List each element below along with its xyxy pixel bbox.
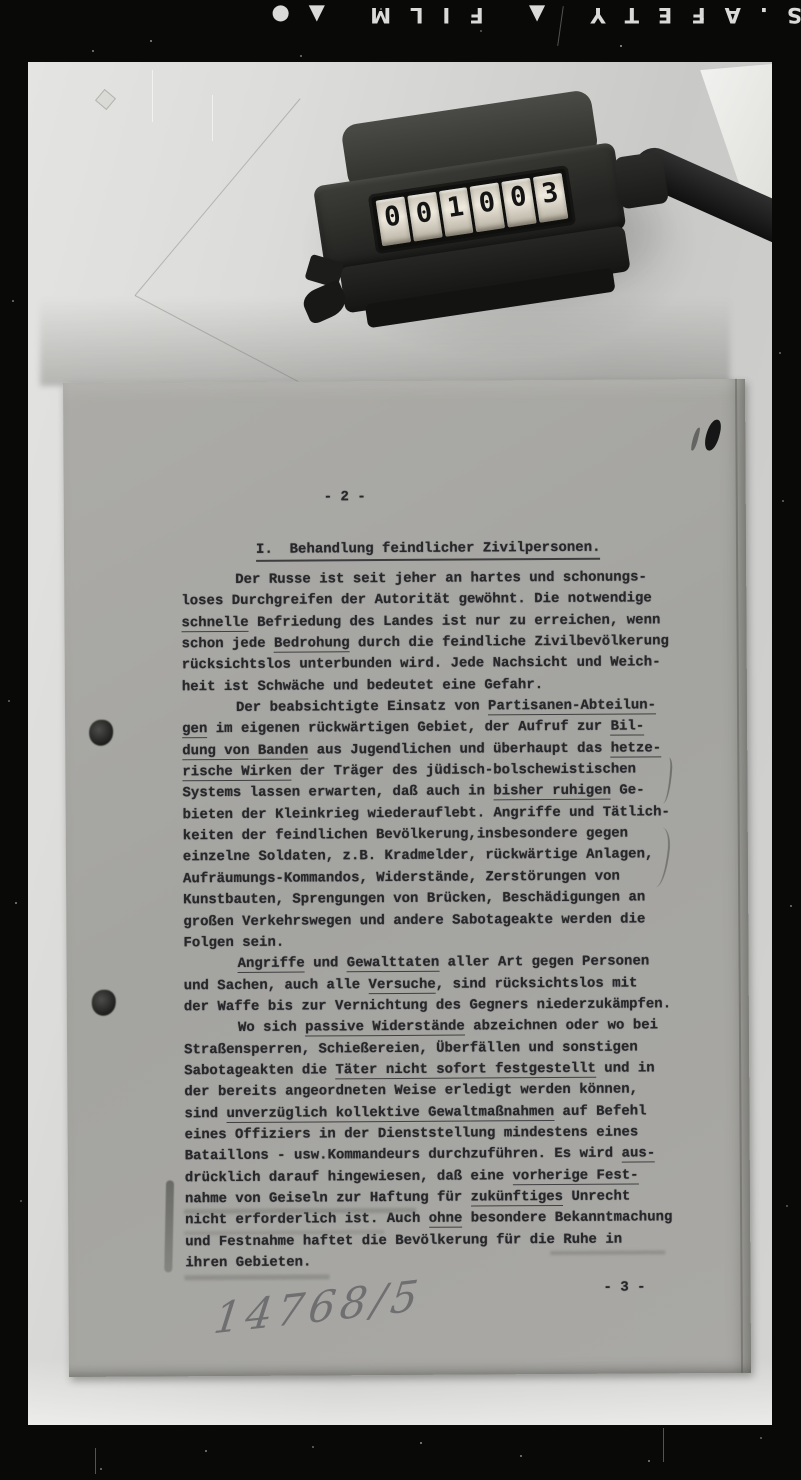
counter-digit: 0	[407, 192, 442, 242]
text-line: einzelne Soldaten, z.B. Kradmelder, rück…	[183, 844, 723, 869]
text-line: Sabotageakten die Täter nicht sofort fes…	[184, 1058, 724, 1083]
dust-specks	[0, 0, 2, 2]
text-line: Systems lassen erwarten, daß auch in bis…	[182, 780, 722, 805]
counter-digit: 1	[439, 187, 474, 237]
counter-digit: 3	[533, 173, 568, 223]
text-line: gen im eigenen rückwärtigen Gebiet, der …	[182, 716, 722, 741]
film-scratch	[152, 70, 153, 122]
film-border-left	[0, 0, 28, 1480]
microfilm-frame: 001003 - 2 - I. Behandlung feindlicher Z…	[0, 0, 801, 1480]
pencil-smudge	[184, 1274, 329, 1280]
counter-digit: 0	[376, 197, 411, 247]
text-line: Kunstbauten, Sprengungen von Brücken, Be…	[183, 887, 723, 912]
typewritten-text: Der Russe ist seit jeher an hartes und s…	[181, 567, 725, 1275]
page-number-top: - 2 -	[324, 489, 366, 505]
text-line: bieten der Kleinkrieg wiederauflebt. Ang…	[183, 802, 723, 827]
text-line: rücksichtslos unterbunden wird. Jede Nac…	[182, 652, 722, 677]
film-scratch	[663, 1428, 664, 1462]
film-border-bottom	[0, 1425, 801, 1480]
punch-hole-bottom	[92, 990, 116, 1016]
film-border-right	[772, 0, 801, 1480]
text-line: Angriffe und Gewalttaten aller Art gegen…	[183, 951, 723, 976]
tally-counter: 001003	[306, 95, 659, 324]
text-line: loses Durchgreifen der Autorität gewöhnt…	[181, 588, 721, 613]
section-heading: I. Behandlung feindlicher Zivilpersonen.	[256, 540, 601, 562]
text-line: Wo sich passive Widerstände abzeichnen o…	[184, 1015, 724, 1040]
document-page: - 2 - I. Behandlung feindlicher Zivilper…	[63, 379, 751, 1377]
ink-blot	[703, 418, 723, 452]
film-edge-label: S.AFETY ▲ FILM ▲●	[224, 0, 801, 31]
film-scratch	[95, 1448, 96, 1474]
page-number-bottom: - 3 -	[603, 1279, 645, 1295]
text-line: großen Verkehrswegen und andere Sabotage…	[183, 908, 723, 933]
film-scratch	[212, 95, 213, 141]
pencil-smudge	[550, 1250, 665, 1255]
punch-hole-top	[89, 720, 113, 746]
handwritten-reference: 14768/5	[211, 1272, 426, 1342]
page-edge-crease	[735, 379, 743, 1373]
pencil-margin-bar	[164, 1180, 174, 1272]
text-line: Bataillons - usw.Kommandeurs durchzuführ…	[185, 1143, 725, 1168]
counter-digit: 0	[470, 182, 505, 232]
counter-digit: 0	[502, 178, 537, 228]
counter-knob	[614, 151, 669, 210]
text-line: dung von Banden aus Jugendlichen und übe…	[182, 738, 722, 763]
text-line: sind unverzüglich kollektive Gewaltmaßna…	[184, 1101, 724, 1126]
